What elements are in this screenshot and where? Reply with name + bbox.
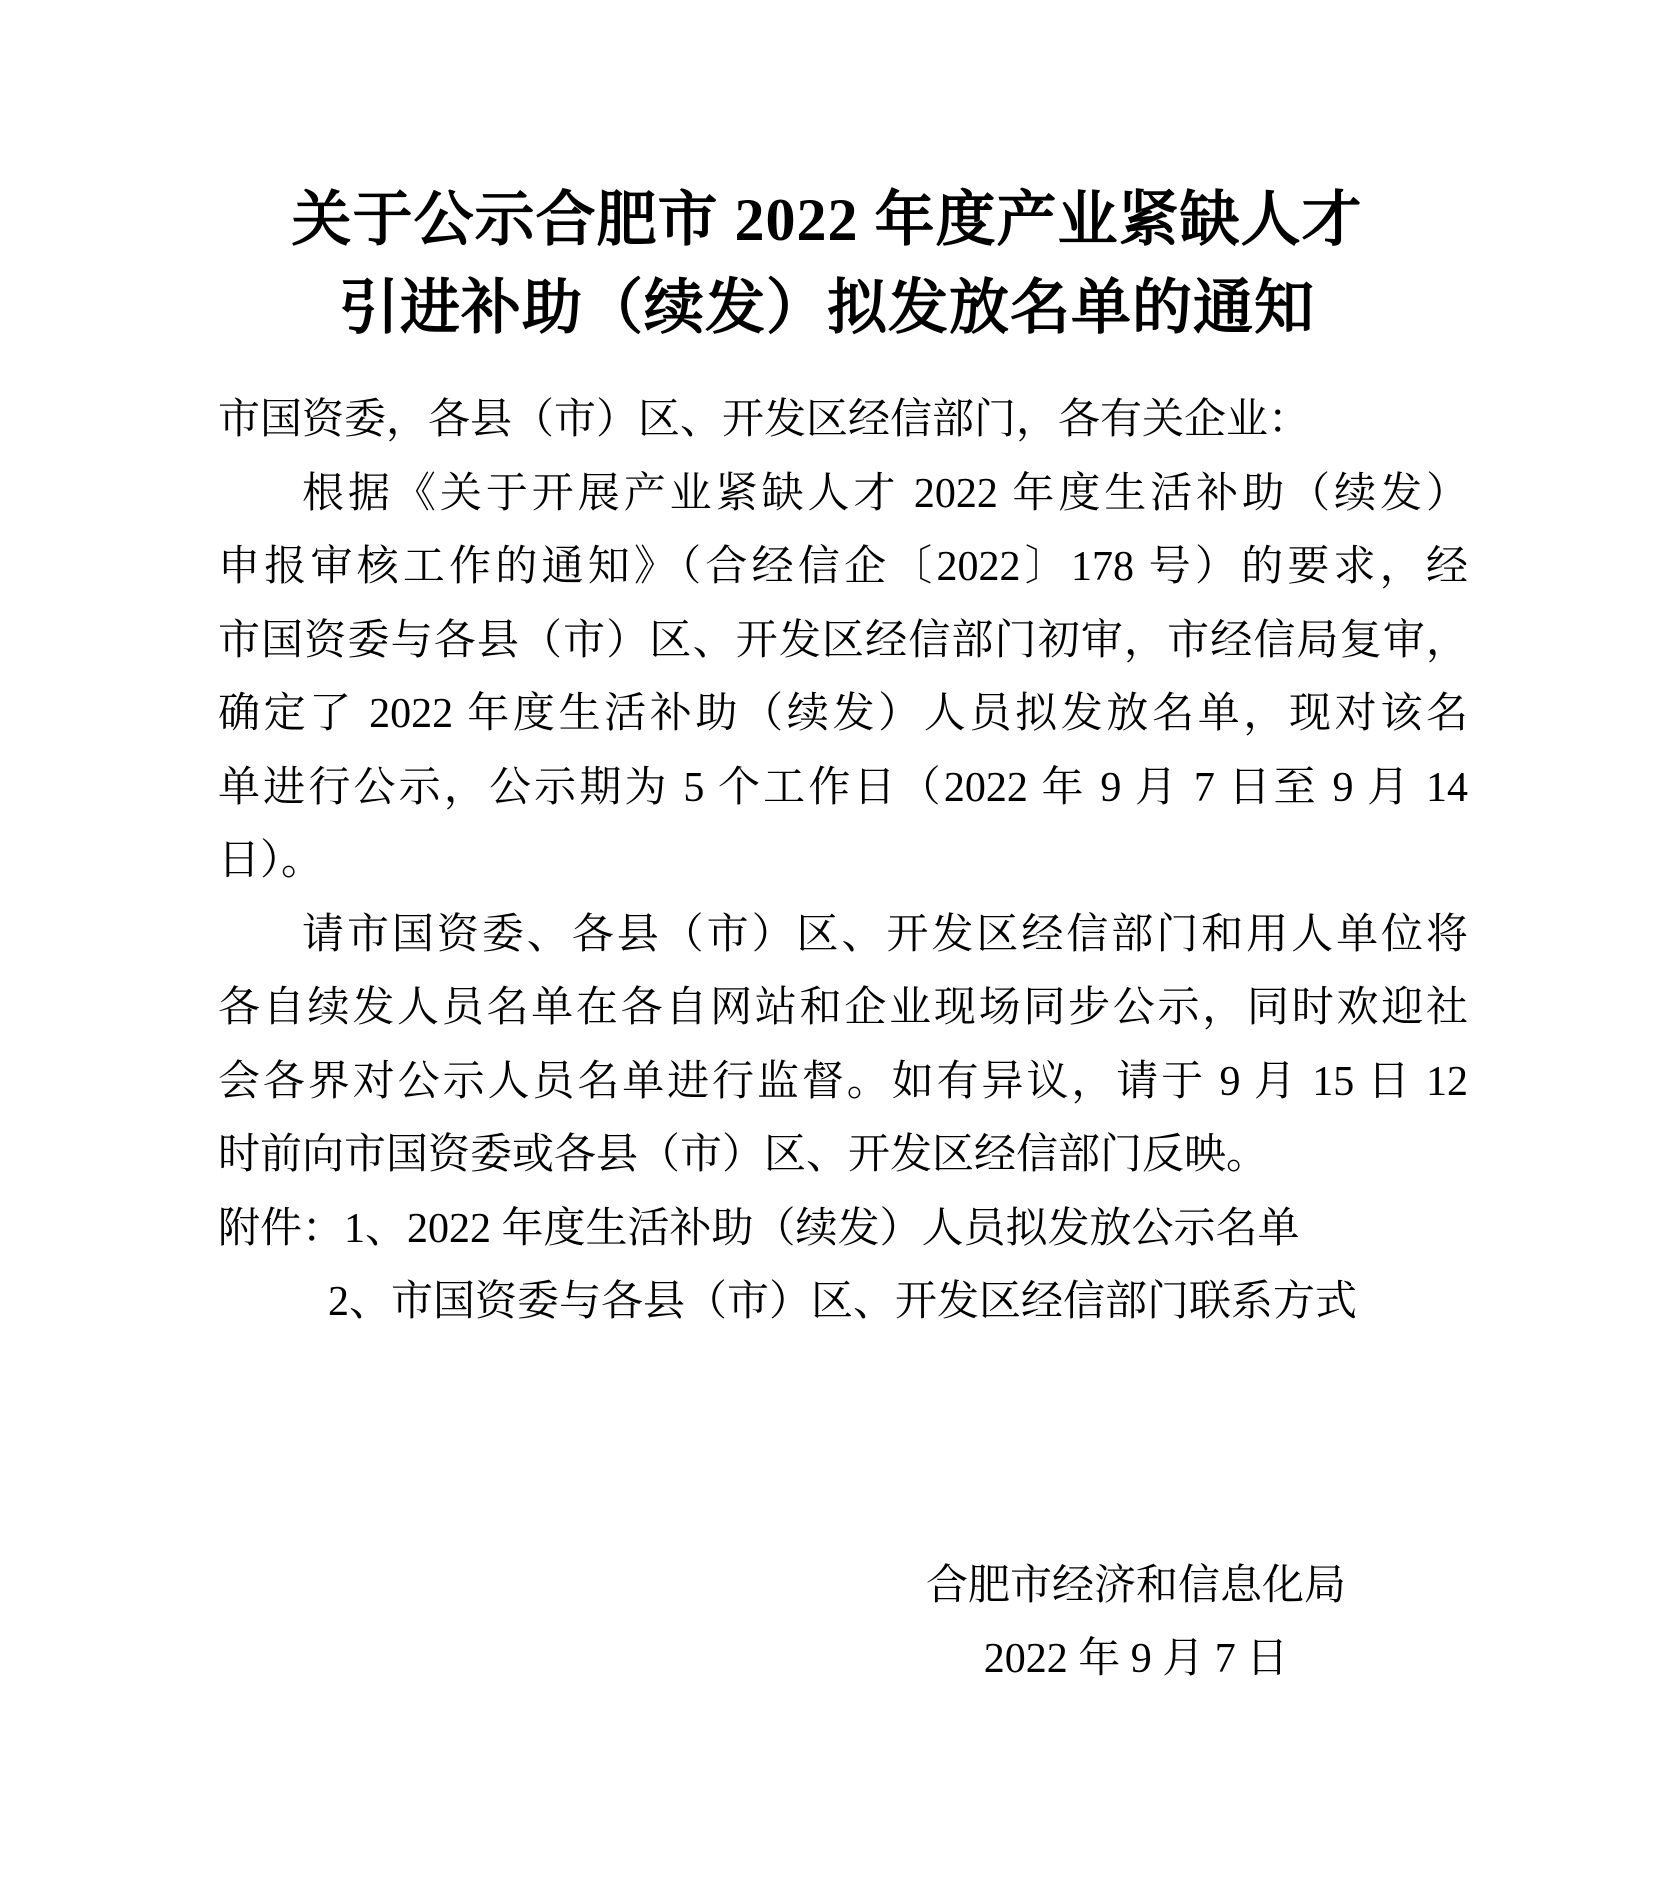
paragraph1-line: 申报审核工作的通知》（合经信企〔2022〕178 号）的要求，经	[218, 531, 1468, 605]
attachment-line-1: 附件：1、2022 年度生活补助（续发）人员拟发放公示名单	[218, 1193, 1468, 1267]
paragraph2-line: 请市国资委、各县（市）区、开发区经信部门和用人单位将	[218, 899, 1468, 973]
attachment-item-2: 2、市国资委与各县（市）区、开发区经信部门联系方式	[328, 1279, 1357, 1325]
paragraph1-line: 确定了 2022 年度生活补助（续发）人员拟发放名单，现对该名	[218, 678, 1468, 752]
paragraph1-line: 根据《关于开展产业紧缺人才 2022 年度生活补助（续发）	[218, 458, 1468, 532]
paragraph2-line: 时前向市国资委或各县（市）区、开发区经信部门反映。	[218, 1119, 1468, 1193]
attachment-line-2: 2、市国资委与各县（市）区、开发区经信部门联系方式	[218, 1266, 1468, 1340]
signature-date: 2022 年 9 月 7 日	[906, 1623, 1366, 1697]
document-page: 关于公示合肥市 2022 年度产业紧缺人才 引进补助（续发）拟发放名单的通知 市…	[0, 0, 1654, 1883]
salutation-line: 市国资委，各县（市）区、开发区经信部门，各有关企业：	[218, 384, 1468, 458]
document-body: 市国资委，各县（市）区、开发区经信部门，各有关企业： 根据《关于开展产业紧缺人才…	[0, 384, 1654, 1340]
document-title: 关于公示合肥市 2022 年度产业紧缺人才 引进补助（续发）拟发放名单的通知	[0, 176, 1654, 352]
paragraph2-line: 各自续发人员名单在各自网站和企业现场同步公示，同时欢迎社	[218, 972, 1468, 1046]
attachment-label: 附件：	[218, 1206, 344, 1252]
signature-issuer: 合肥市经济和信息化局	[906, 1550, 1366, 1624]
paragraph1-line: 日）。	[218, 825, 1468, 899]
attachment-item-1: 1、2022 年度生活补助（续发）人员拟发放公示名单	[344, 1206, 1300, 1252]
paragraph1-line: 市国资委与各县（市）区、开发区经信部门初审，市经信局复审，	[218, 605, 1468, 679]
paragraph2-line: 会各界对公示人员名单进行监督。如有异议，请于 9 月 15 日 12	[218, 1046, 1468, 1120]
title-line-2: 引进补助（续发）拟发放名单的通知	[120, 264, 1534, 352]
title-line-1: 关于公示合肥市 2022 年度产业紧缺人才	[120, 176, 1534, 264]
paragraph1-line: 单进行公示，公示期为 5 个工作日（2022 年 9 月 7 日至 9 月 14	[218, 752, 1468, 826]
signature-block: 合肥市经济和信息化局 2022 年 9 月 7 日	[906, 1550, 1366, 1697]
